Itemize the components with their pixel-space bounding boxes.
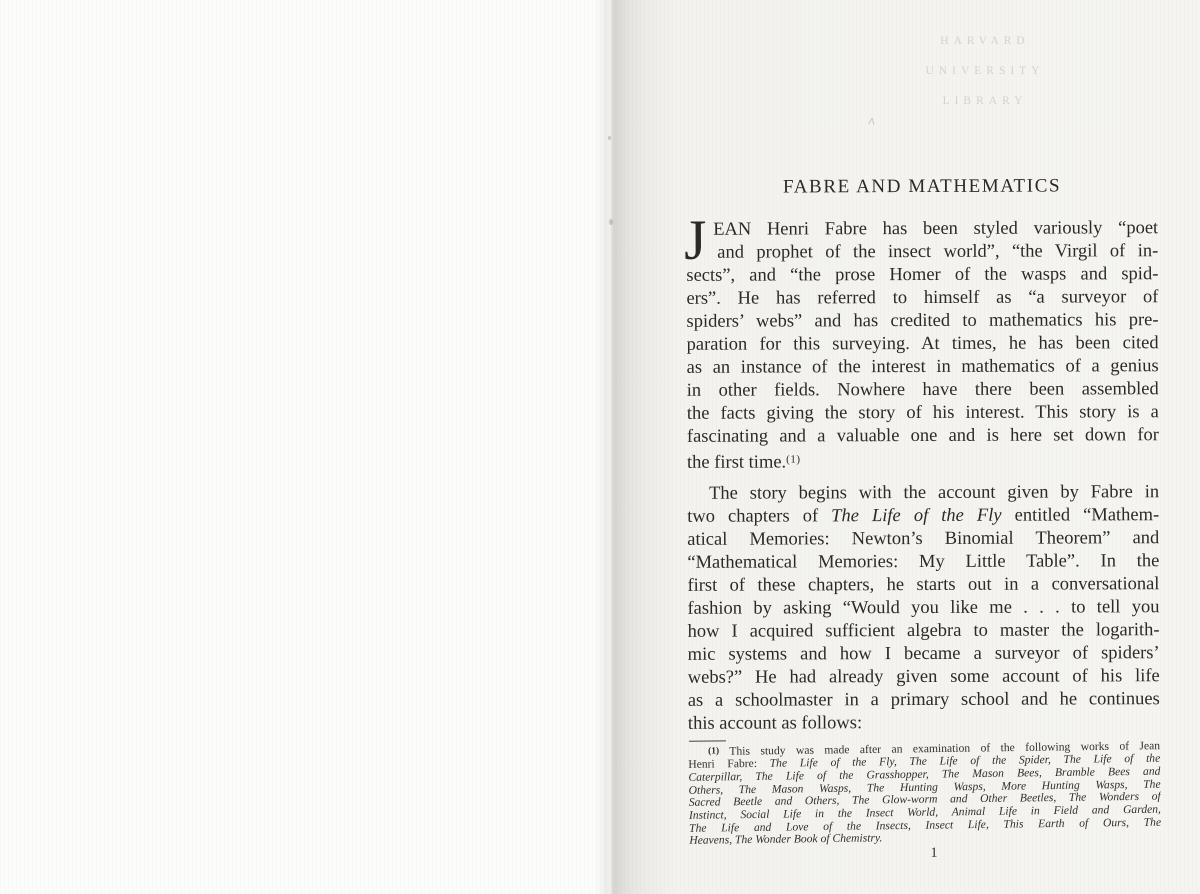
gutter-shadow bbox=[594, 0, 680, 894]
stamp-line: LIBRARY bbox=[885, 86, 1085, 116]
text-line: atical Memories: Newton’s Binomial Theor… bbox=[687, 527, 1159, 552]
text-line: fascinating and a valuable one and is he… bbox=[687, 424, 1159, 449]
text-block: FABRE AND MATHEMATICS J EAN Henri Fabre … bbox=[686, 175, 1160, 848]
text-line: two chapters of The Life of the Fly enti… bbox=[687, 504, 1159, 529]
text-line: “Mathematical Memories: My Little Table”… bbox=[687, 550, 1159, 575]
text-line: the first time.(1) bbox=[687, 447, 1159, 475]
text-line: EAN Henri Fabre has been styled variousl… bbox=[686, 217, 1158, 242]
left-page bbox=[0, 0, 608, 894]
page-title: FABRE AND MATHEMATICS bbox=[686, 175, 1158, 199]
text-line: spiders’ webs” and has credited to mathe… bbox=[686, 309, 1158, 334]
text-line: paration for this surveying. At times, h… bbox=[687, 332, 1159, 357]
text-line: how I acquired sufficient algebra to mas… bbox=[688, 619, 1160, 644]
text-line: mic systems and how I became a surveyor … bbox=[688, 642, 1160, 667]
paper-speck bbox=[609, 219, 613, 225]
paragraph-2: The story begins with the account given … bbox=[687, 481, 1160, 736]
footnote-rule bbox=[689, 740, 726, 741]
text-line: and prophet of the insect world”, “the V… bbox=[686, 240, 1158, 265]
footnote: (1) This study was made after an examina… bbox=[688, 735, 1161, 848]
text-line: ers”. He has referred to himself as “a s… bbox=[686, 286, 1158, 311]
stamp-line: UNIVERSITY bbox=[885, 56, 1085, 86]
paper-speck bbox=[608, 136, 611, 140]
text-line: the facts giving the story of his intere… bbox=[687, 401, 1159, 426]
text-line: sects”, and “the prose Homer of the wasp… bbox=[686, 263, 1158, 288]
text-line: this account as follows: bbox=[688, 711, 1160, 736]
text-line: webs?” He had already given some account… bbox=[688, 665, 1160, 690]
drop-cap: J bbox=[684, 218, 706, 264]
footnote-text: (1) This study was made after an examina… bbox=[688, 740, 1161, 848]
text-line: first of these chapters, he starts out i… bbox=[687, 573, 1159, 598]
stamp-line: HARVARD bbox=[885, 26, 1085, 56]
text-line: as an instance of the interest in mathem… bbox=[687, 355, 1159, 380]
page-number: 1 bbox=[686, 845, 1170, 862]
library-stamp: HARVARD UNIVERSITY LIBRARY bbox=[885, 26, 1085, 116]
paragraph-1: J EAN Henri Fabre has been styled variou… bbox=[686, 217, 1159, 475]
text-line: as a schoolmaster in a primary school an… bbox=[688, 688, 1160, 713]
text-line: in other fields. Nowhere have there been… bbox=[687, 378, 1159, 403]
text-line: The story begins with the account given … bbox=[687, 481, 1159, 506]
book-scan: HARVARD UNIVERSITY LIBRARY ^ FABRE AND M… bbox=[0, 0, 1200, 894]
text-line: fashion by asking “Would you like me . .… bbox=[687, 596, 1159, 621]
